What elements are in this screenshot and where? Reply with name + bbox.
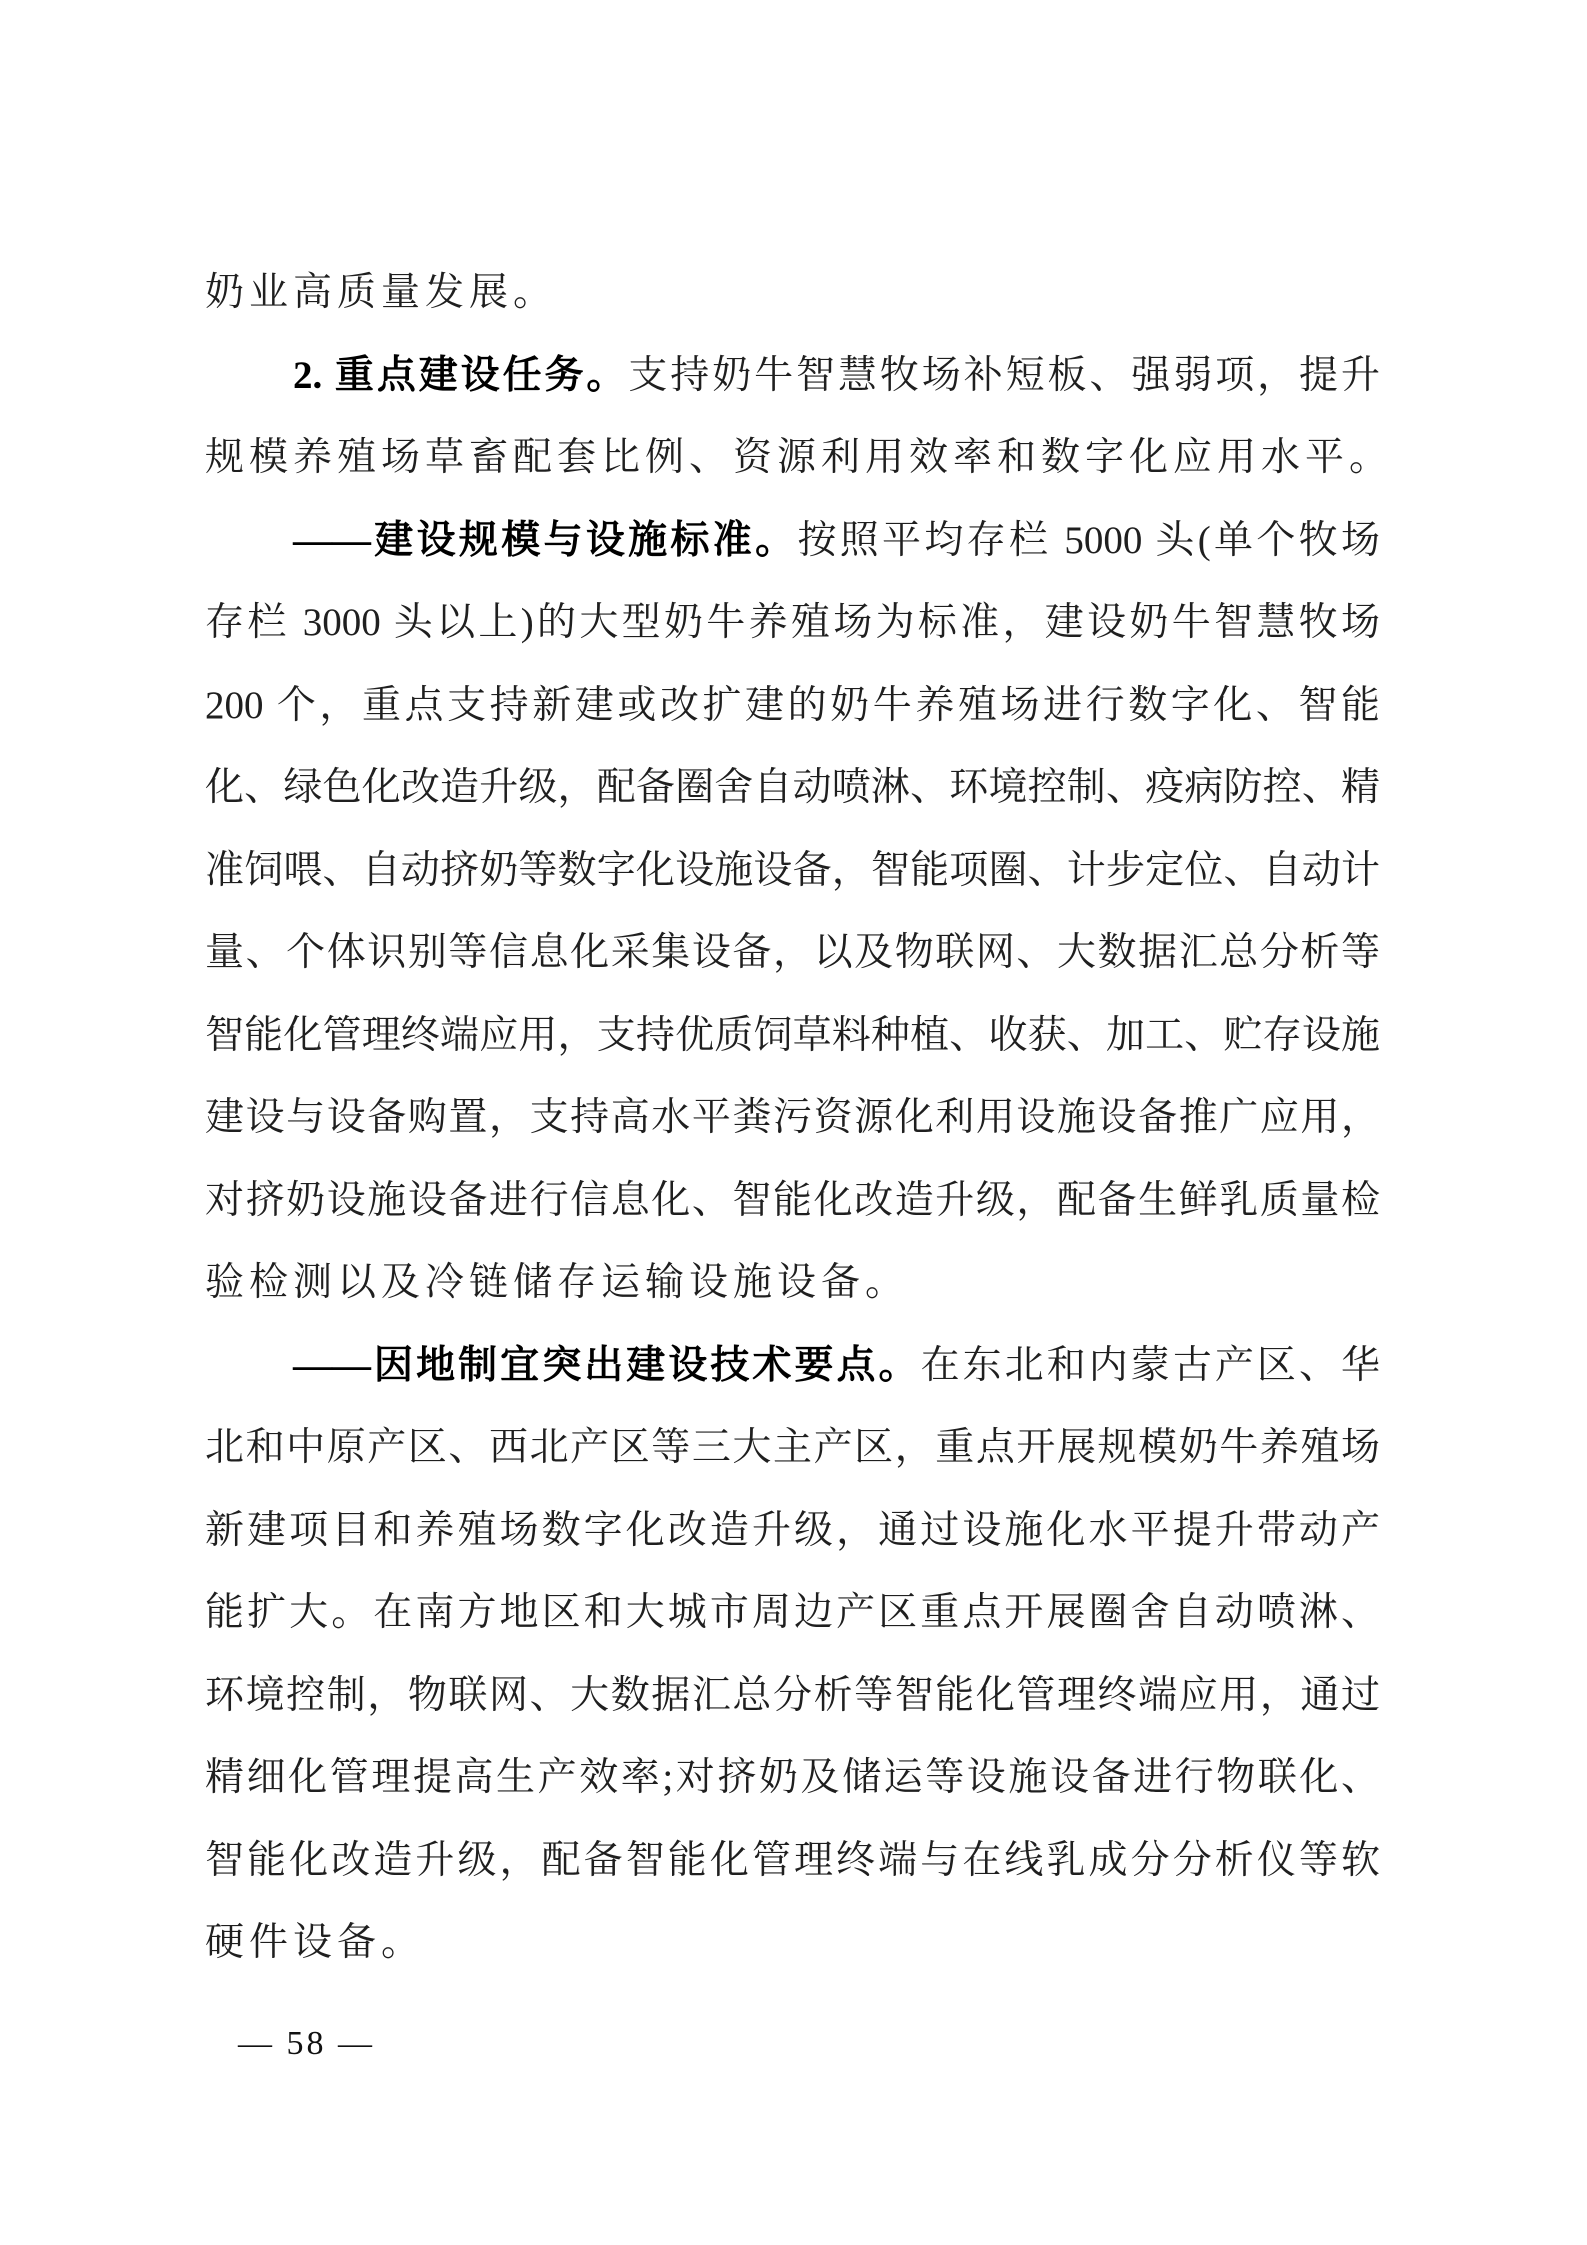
text-line: 化、绿色化改造升级，配备圈舍自动喷淋、环境控制、疫病防控、精: [205, 747, 1380, 830]
paragraph-lead: 2. 重点建设任务。: [293, 354, 628, 397]
text-line: 能扩大。在南方地区和大城市周边产区重点开展圈舍自动喷淋、: [205, 1572, 1380, 1655]
text-line: 对挤奶设施设备进行信息化、智能化改造升级，配备生鲜乳质量检: [205, 1160, 1380, 1243]
text-line: 建设与设备购置，支持高水平粪污资源化利用设施设备推广应用，: [205, 1077, 1380, 1160]
document-page: 奶业高质量发展。2. 重点建设任务。支持奶牛智慧牧场补短板、强弱项，提升规模养殖…: [0, 0, 1587, 2245]
text-line: 奶业高质量发展。: [205, 252, 1380, 335]
paragraph-text: 200 个，重点支持新建或改扩建的奶牛养殖场进行数字化、智能: [205, 684, 1380, 727]
text-line: 智能化改造升级，配备智能化管理终端与在线乳成分分析仪等软: [205, 1820, 1380, 1903]
paragraph-text: 存栏 3000 头以上)的大型奶牛养殖场为标准，建设奶牛智慧牧场: [205, 601, 1380, 644]
text-line: 验检测以及冷链储存运输设施设备。: [205, 1242, 1380, 1325]
paragraph-text: 支持奶牛智慧牧场补短板、强弱项，提升: [628, 354, 1380, 397]
paragraph-text: 环境控制，物联网、大数据汇总分析等智能化管理终端应用，通过: [205, 1674, 1380, 1717]
paragraph-text: 按照平均存栏 5000 头(单个牧场: [797, 519, 1380, 562]
paragraph-lead: ——建设规模与设施标准。: [293, 519, 797, 562]
paragraph-text: 准饲喂、自动挤奶等数字化设施设备，智能项圈、计步定位、自动计: [205, 849, 1380, 892]
paragraph-text: 化、绿色化改造升级，配备圈舍自动喷淋、环境控制、疫病防控、精: [205, 766, 1380, 809]
text-line: 规模养殖场草畜配套比例、资源利用效率和数字化应用水平。: [205, 417, 1380, 500]
paragraph-text: 精细化管理提高生产效率;对挤奶及储运等设施设备进行物联化、: [205, 1756, 1380, 1799]
paragraph-text: 奶业高质量发展。: [205, 271, 557, 314]
document-body: 奶业高质量发展。2. 重点建设任务。支持奶牛智慧牧场补短板、强弱项，提升规模养殖…: [205, 252, 1380, 1985]
paragraph-text: 能扩大。在南方地区和大城市周边产区重点开展圈舍自动喷淋、: [205, 1591, 1380, 1634]
paragraph-text: 对挤奶设施设备进行信息化、智能化改造升级，配备生鲜乳质量检: [205, 1179, 1380, 1222]
text-line: 存栏 3000 头以上)的大型奶牛养殖场为标准，建设奶牛智慧牧场: [205, 582, 1380, 665]
paragraph-text: 在东北和内蒙古产区、华: [921, 1344, 1380, 1387]
text-line: 2. 重点建设任务。支持奶牛智慧牧场补短板、强弱项，提升: [205, 335, 1380, 418]
paragraph-text: 量、个体识别等信息化采集设备，以及物联网、大数据汇总分析等: [205, 931, 1380, 974]
text-line: 新建项目和养殖场数字化改造升级，通过设施化水平提升带动产: [205, 1490, 1380, 1573]
text-line: 量、个体识别等信息化采集设备，以及物联网、大数据汇总分析等: [205, 912, 1380, 995]
text-line: 智能化管理终端应用，支持优质饲草料种植、收获、加工、贮存设施: [205, 995, 1380, 1078]
text-line: 北和中原产区、西北产区等三大主产区，重点开展规模奶牛养殖场: [205, 1407, 1380, 1490]
text-line: ——因地制宜突出建设技术要点。在东北和内蒙古产区、华: [205, 1325, 1380, 1408]
text-line: 准饲喂、自动挤奶等数字化设施设备，智能项圈、计步定位、自动计: [205, 830, 1380, 913]
paragraph-text: 规模养殖场草畜配套比例、资源利用效率和数字化应用水平。: [205, 436, 1393, 479]
paragraph-text: 硬件设备。: [205, 1921, 425, 1964]
text-line: 200 个，重点支持新建或改扩建的奶牛养殖场进行数字化、智能: [205, 665, 1380, 748]
paragraph-text: 验检测以及冷链储存运输设施设备。: [205, 1261, 909, 1304]
text-line: 硬件设备。: [205, 1902, 1380, 1985]
paragraph-text: 北和中原产区、西北产区等三大主产区，重点开展规模奶牛养殖场: [205, 1426, 1380, 1469]
paragraph-text: 智能化管理终端应用，支持优质饲草料种植、收获、加工、贮存设施: [205, 1014, 1380, 1057]
paragraph-text: 新建项目和养殖场数字化改造升级，通过设施化水平提升带动产: [205, 1509, 1380, 1552]
text-line: 精细化管理提高生产效率;对挤奶及储运等设施设备进行物联化、: [205, 1737, 1380, 1820]
paragraph-text: 智能化改造升级，配备智能化管理终端与在线乳成分分析仪等软: [205, 1839, 1380, 1882]
paragraph-lead: ——因地制宜突出建设技术要点。: [293, 1344, 921, 1387]
text-line: 环境控制，物联网、大数据汇总分析等智能化管理终端应用，通过: [205, 1655, 1380, 1738]
footer: — 58 —: [238, 2014, 375, 2074]
text-line: ——建设规模与设施标准。按照平均存栏 5000 头(单个牧场: [205, 500, 1380, 583]
paragraph-text: 建设与设备购置，支持高水平粪污资源化利用设施设备推广应用，: [205, 1096, 1380, 1139]
page-number: — 58 —: [238, 2025, 375, 2062]
